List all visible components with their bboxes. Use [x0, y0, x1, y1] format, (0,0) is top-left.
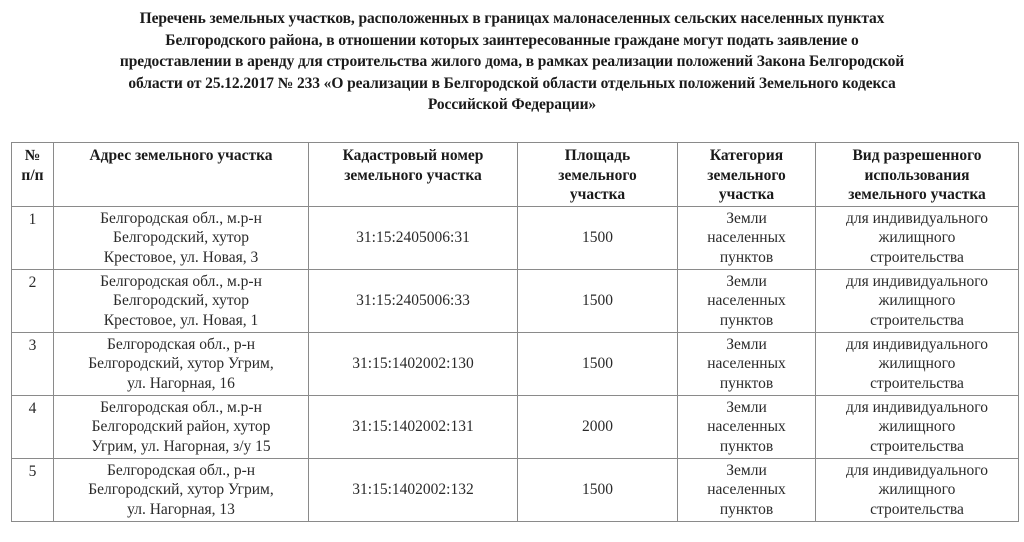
- table-row: 2Белгородская обл., м.р-нБелгородский, х…: [12, 270, 1019, 333]
- cell-category-line: населенных: [680, 417, 813, 437]
- cell-category-line: Земли: [680, 461, 813, 481]
- land-plots-table: №п/пАдрес земельного участкаКадастровый …: [11, 142, 1019, 522]
- header-text: №: [14, 146, 51, 166]
- cell-address-line: Белгородская обл., р-н: [56, 461, 306, 481]
- cell-usage-line: строительства: [818, 248, 1016, 268]
- cell-usage-line: жилищного: [818, 228, 1016, 248]
- cell-area: 1500: [518, 270, 678, 333]
- cell-address-line: Белгородский район, хутор: [56, 417, 306, 437]
- cell-category-line: Земли: [680, 398, 813, 418]
- title-line: предоставлении в аренду для строительств…: [0, 51, 1024, 73]
- table-row: 4Белгородская обл., м.р-нБелгородский ра…: [12, 396, 1019, 459]
- cell-area: 1500: [518, 207, 678, 270]
- cell-usage: для индивидуальногожилищногостроительств…: [816, 207, 1019, 270]
- cell-category: Землинаселенныхпунктов: [678, 396, 816, 459]
- cell-category-line: Земли: [680, 272, 813, 292]
- cell-address-line: Белгородская обл., р-н: [56, 335, 306, 355]
- cell-number: 5: [12, 459, 54, 522]
- header-text: Площадь: [520, 146, 675, 166]
- header-text: Вид разрешенного: [818, 146, 1016, 166]
- cell-address-line: Крестовое, ул. Новая, 3: [56, 248, 306, 268]
- cell-category-line: Земли: [680, 335, 813, 355]
- cell-usage: для индивидуальногожилищногостроительств…: [816, 459, 1019, 522]
- cell-address-line: ул. Нагорная, 13: [56, 500, 306, 520]
- cell-category-line: пунктов: [680, 374, 813, 394]
- cell-cadastral-number: 31:15:2405006:31: [309, 207, 518, 270]
- cell-usage-line: для индивидуального: [818, 209, 1016, 229]
- table-row: 5Белгородская обл., р-нБелгородский, хут…: [12, 459, 1019, 522]
- table-row: 1Белгородская обл., м.р-нБелгородский, х…: [12, 207, 1019, 270]
- cell-address-line: Белгородская обл., м.р-н: [56, 272, 306, 292]
- header-text: Категория: [680, 146, 813, 166]
- cell-address-line: Белгородская обл., м.р-н: [56, 398, 306, 418]
- cell-address-line: Угрим, ул. Нагорная, з/у 15: [56, 437, 306, 457]
- header-text: земельного участка: [818, 185, 1016, 205]
- cell-usage-line: для индивидуального: [818, 461, 1016, 481]
- cell-category: Землинаселенныхпунктов: [678, 207, 816, 270]
- cell-address-line: Белгородский, хутор Угрим,: [56, 354, 306, 374]
- cell-category: Землинаселенныхпунктов: [678, 270, 816, 333]
- title-line: области от 25.12.2017 № 233 «О реализаци…: [0, 73, 1024, 95]
- header-text: Адрес земельного участка: [56, 146, 306, 166]
- cell-category: Землинаселенныхпунктов: [678, 459, 816, 522]
- cell-address-line: Белгородская обл., м.р-н: [56, 209, 306, 229]
- header-text: земельного: [680, 166, 813, 186]
- cell-category-line: пунктов: [680, 437, 813, 457]
- cell-usage-line: строительства: [818, 374, 1016, 394]
- table-body: 1Белгородская обл., м.р-нБелгородский, х…: [12, 207, 1019, 522]
- cell-address-line: Белгородский, хутор Угрим,: [56, 480, 306, 500]
- cell-usage-line: жилищного: [818, 291, 1016, 311]
- cell-address-line: Крестовое, ул. Новая, 1: [56, 311, 306, 331]
- cell-usage: для индивидуальногожилищногостроительств…: [816, 396, 1019, 459]
- cell-cadastral-number: 31:15:1402002:131: [309, 396, 518, 459]
- cell-address: Белгородская обл., м.р-нБелгородский рай…: [54, 396, 309, 459]
- cell-category: Землинаселенныхпунктов: [678, 333, 816, 396]
- header-text: п/п: [14, 166, 51, 186]
- header-text: использования: [818, 166, 1016, 186]
- cell-address-line: ул. Нагорная, 16: [56, 374, 306, 394]
- cell-address: Белгородская обл., м.р-нБелгородский, ху…: [54, 270, 309, 333]
- header-area: Площадьземельногоучастка: [518, 143, 678, 207]
- cell-number: 2: [12, 270, 54, 333]
- cell-cadastral-number: 31:15:2405006:33: [309, 270, 518, 333]
- cell-usage: для индивидуальногожилищногостроительств…: [816, 270, 1019, 333]
- document-title: Перечень земельных участков, расположенн…: [0, 8, 1024, 116]
- header-text: Кадастровый номер: [311, 146, 515, 166]
- table-header-row: №п/пАдрес земельного участкаКадастровый …: [12, 143, 1019, 207]
- cell-usage-line: жилищного: [818, 354, 1016, 374]
- cell-area: 1500: [518, 333, 678, 396]
- cell-number: 1: [12, 207, 54, 270]
- cell-usage-line: для индивидуального: [818, 398, 1016, 418]
- cell-usage-line: для индивидуального: [818, 335, 1016, 355]
- cell-area: 1500: [518, 459, 678, 522]
- header-address: Адрес земельного участка: [54, 143, 309, 207]
- cell-address-line: Белгородский, хутор: [56, 291, 306, 311]
- cell-category-line: населенных: [680, 480, 813, 500]
- header-category: Категорияземельногоучастка: [678, 143, 816, 207]
- cell-usage-line: жилищного: [818, 417, 1016, 437]
- cell-usage-line: строительства: [818, 311, 1016, 331]
- cell-usage-line: строительства: [818, 437, 1016, 457]
- cell-number: 4: [12, 396, 54, 459]
- cell-address: Белгородская обл., р-нБелгородский, хуто…: [54, 333, 309, 396]
- cell-address-line: Белгородский, хутор: [56, 228, 306, 248]
- header-text: земельного: [520, 166, 675, 186]
- cell-usage-line: для индивидуального: [818, 272, 1016, 292]
- title-line: Российской Федерации»: [0, 94, 1024, 116]
- cell-cadastral-number: 31:15:1402002:130: [309, 333, 518, 396]
- title-line: Перечень земельных участков, расположенн…: [0, 8, 1024, 30]
- cell-number: 3: [12, 333, 54, 396]
- cell-category-line: населенных: [680, 354, 813, 374]
- cell-area: 2000: [518, 396, 678, 459]
- cell-category-line: пунктов: [680, 500, 813, 520]
- cell-category-line: пунктов: [680, 311, 813, 331]
- header-usage: Вид разрешенногоиспользованияземельного …: [816, 143, 1019, 207]
- header-text: участка: [520, 185, 675, 205]
- cell-category-line: населенных: [680, 291, 813, 311]
- cell-address: Белгородская обл., м.р-нБелгородский, ху…: [54, 207, 309, 270]
- header-number: №п/п: [12, 143, 54, 207]
- header-text: участка: [680, 185, 813, 205]
- cell-cadastral-number: 31:15:1402002:132: [309, 459, 518, 522]
- cell-usage-line: жилищного: [818, 480, 1016, 500]
- header-cadastral: Кадастровый номерземельного участка: [309, 143, 518, 207]
- cell-address: Белгородская обл., р-нБелгородский, хуто…: [54, 459, 309, 522]
- table-row: 3Белгородская обл., р-нБелгородский, хут…: [12, 333, 1019, 396]
- cell-category-line: населенных: [680, 228, 813, 248]
- header-text: земельного участка: [311, 166, 515, 186]
- cell-category-line: Земли: [680, 209, 813, 229]
- cell-usage: для индивидуальногожилищногостроительств…: [816, 333, 1019, 396]
- cell-usage-line: строительства: [818, 500, 1016, 520]
- title-line: Белгородского района, в отношении которы…: [0, 30, 1024, 52]
- cell-category-line: пунктов: [680, 248, 813, 268]
